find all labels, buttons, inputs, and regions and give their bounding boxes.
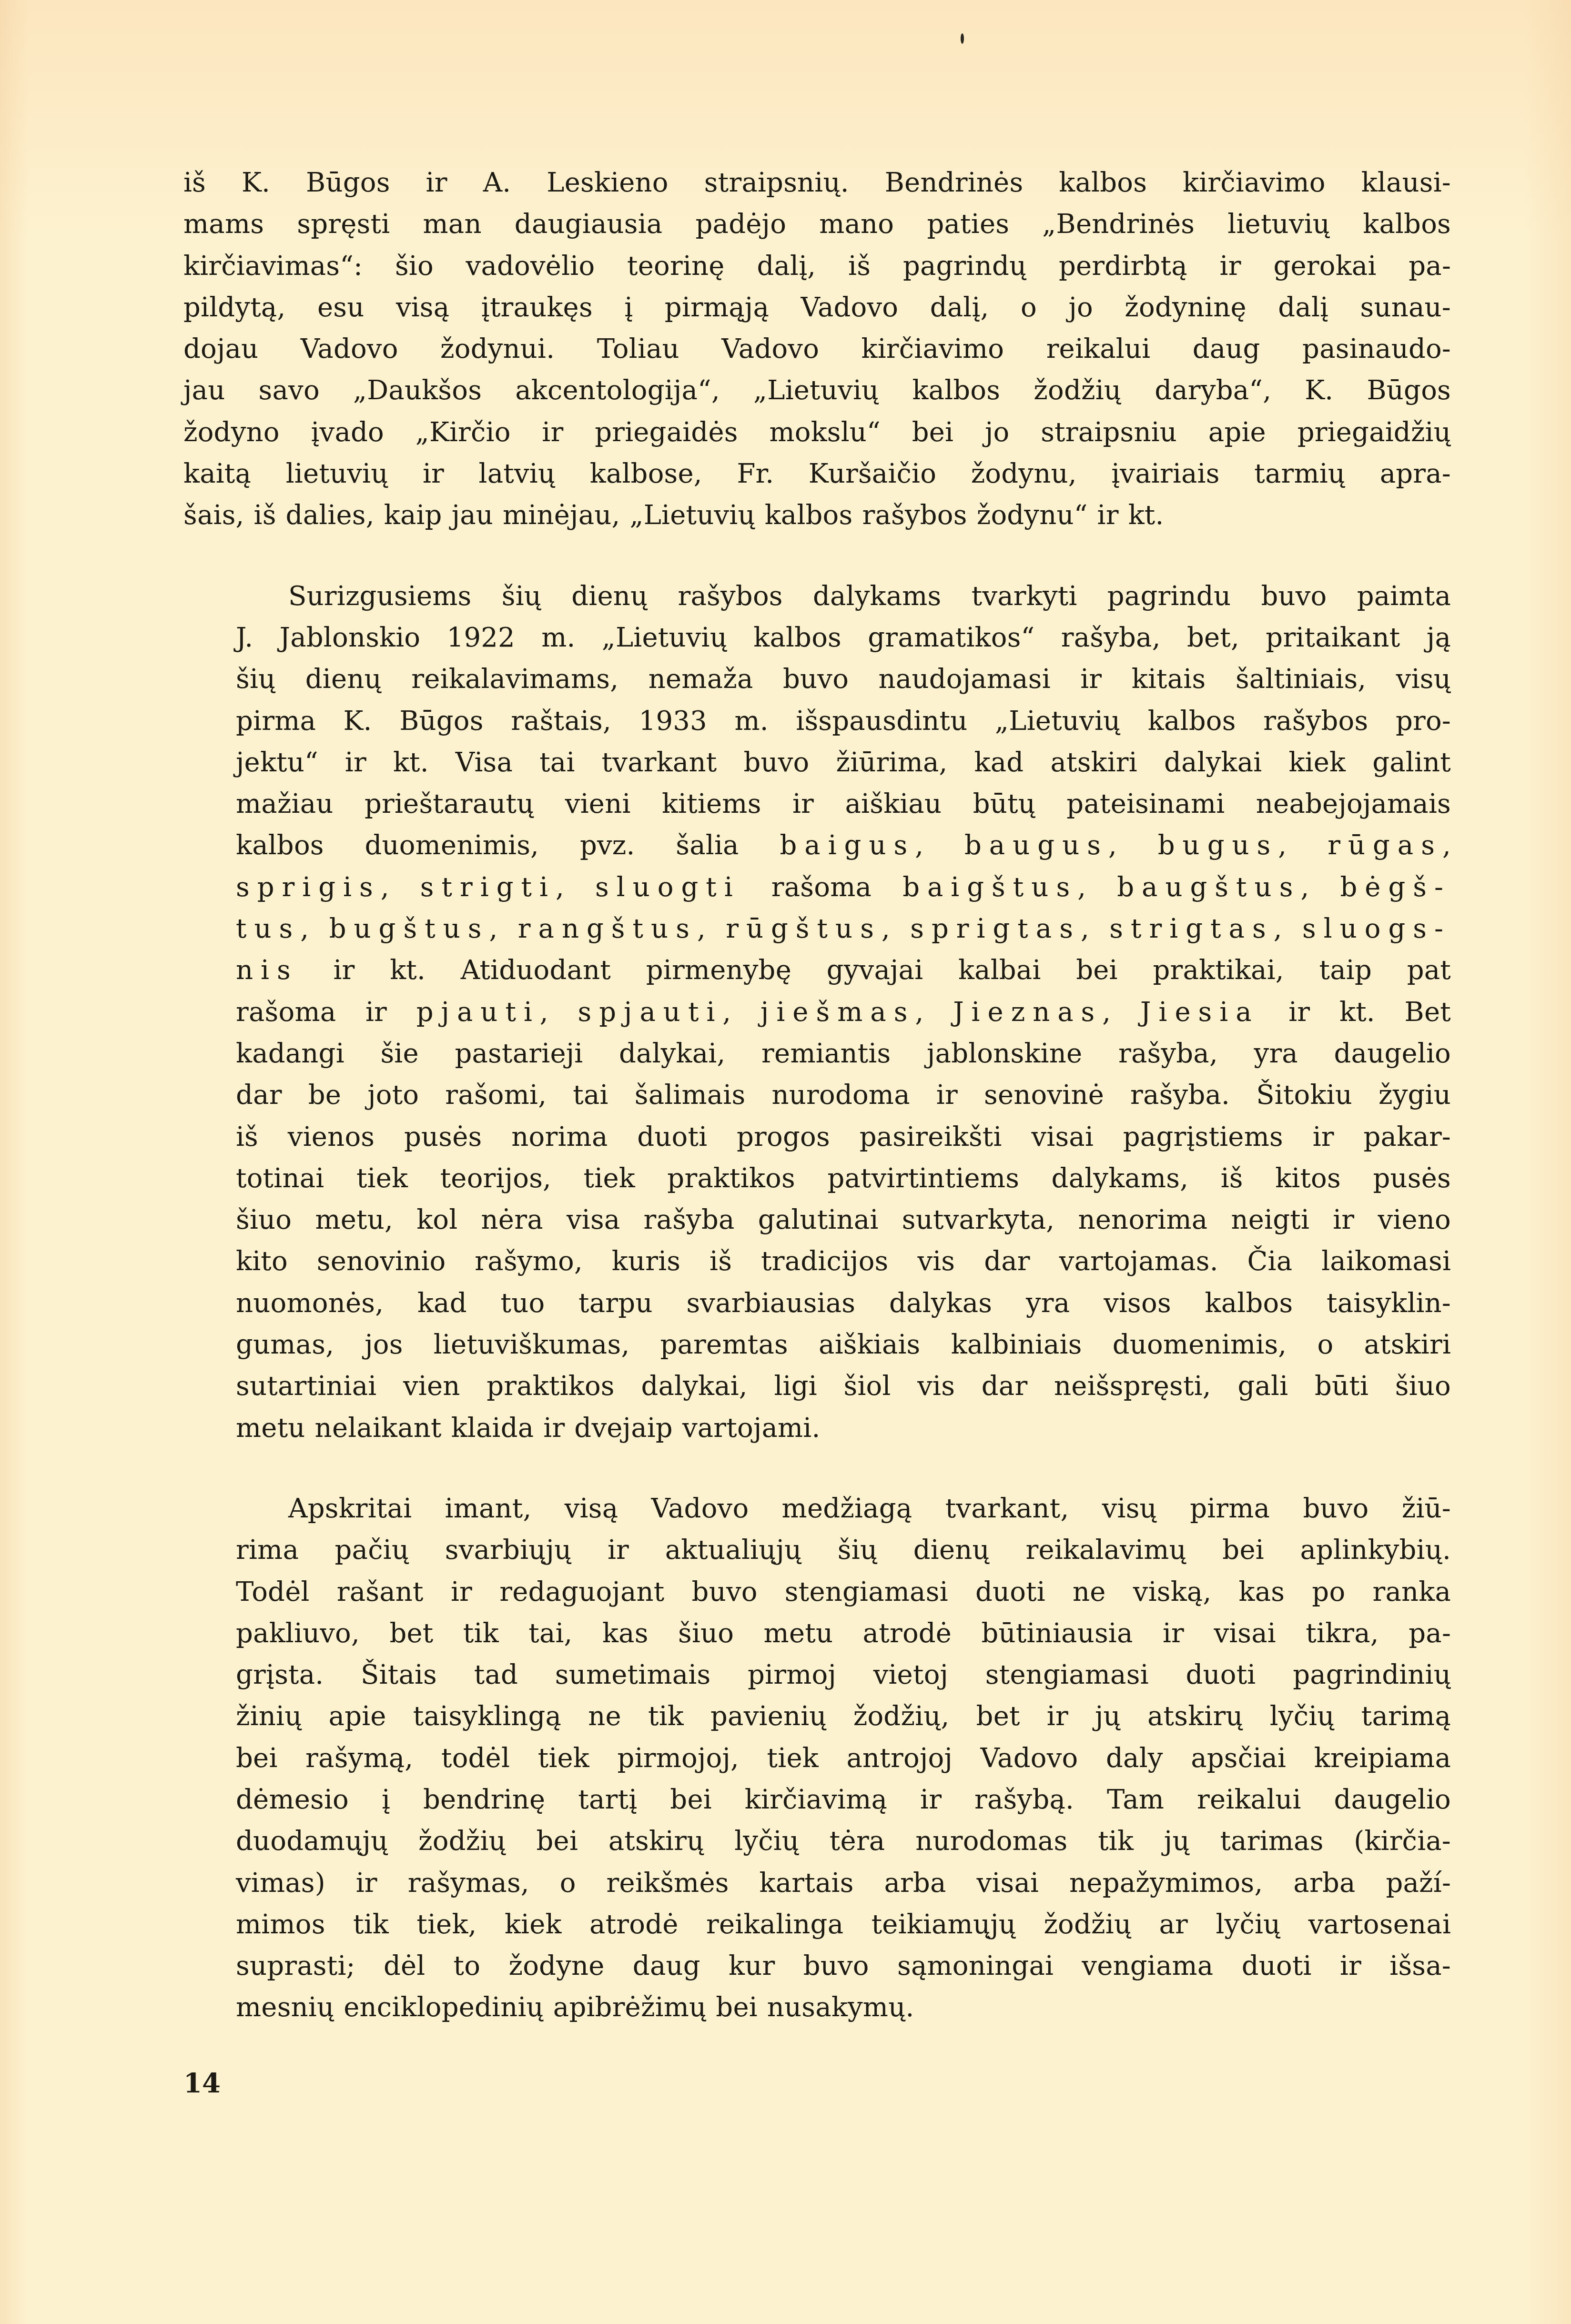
example-word: bugus (1158, 830, 1278, 861)
text-line: Apskritai imant, visą Vadovo medžiagą tv… (183, 1488, 1451, 1529)
text-line: mimos tik tiek, kiek atrodė reikalinga t… (183, 1904, 1451, 1945)
text-line: šiuo metu, kol nėra visa rašyba galutina… (183, 1199, 1451, 1241)
text-line: vimas) ir rašymas, o reikšmės kartais ar… (183, 1862, 1451, 1904)
text-line: pakliuvo, bet tik tai, kas šiuo metu atr… (183, 1613, 1451, 1654)
text-line: metu nelaikant klaida ir dvejaip vartoja… (183, 1407, 1451, 1449)
text-line: totinai tiek teorijos, tiek praktikos pa… (183, 1158, 1451, 1199)
text-line: Surizgusiems šių dienų rašybos dalykams … (183, 576, 1451, 617)
paragraph: iš K. Būgos ir A. Leskieno straipsnių. B… (183, 162, 1451, 536)
example-word: Jiesia (1140, 997, 1259, 1028)
text-line: žinių apie taisyklingą ne tik pavienių ž… (183, 1696, 1451, 1737)
example-word: baugus (964, 830, 1108, 861)
text-line: jektu“ ir kt. Visa tai tvarkant buvo žiū… (183, 742, 1451, 783)
text-line: pirma K. Būgos raštais, 1933 m. išspausd… (183, 700, 1451, 742)
example-word: rūgštus (726, 913, 882, 944)
text-line: tus, bugštus, rangštus, rūgštus, sprigta… (183, 908, 1451, 950)
text-line: suprasti; dėl to žodyne daug kur buvo są… (183, 1945, 1451, 1987)
example-word: rangštus (518, 913, 697, 944)
text-line: sprigis, strigti, sluogti rašoma baigštu… (183, 867, 1451, 908)
example-word: bėgš- (1340, 872, 1451, 903)
text-line: sutartiniai vien praktikos dalykai, ligi… (183, 1365, 1451, 1407)
text-line: dar be joto rašomi, tai šalimais nurodom… (183, 1074, 1451, 1116)
text-line: šais, iš dalies, kaip jau minėjau, „Liet… (183, 495, 1451, 536)
text-line: nuomonės, kad tuo tarpu svarbiausias dal… (183, 1283, 1451, 1324)
text-line: dėmesio į bendrinę tartį bei kirčiavimą … (183, 1779, 1451, 1820)
paper-speck (961, 33, 964, 44)
example-word: Jieznas (953, 997, 1102, 1028)
example-word: strigtas (1109, 913, 1273, 944)
text-line: mesnių enciklopedinių apibrėžimų bei nus… (183, 1987, 1451, 2028)
text-line: J. Jablonskio 1922 m. „Lietuvių kalbos g… (183, 617, 1451, 658)
text-line: kito senovinio rašymo, kuris iš tradicij… (183, 1241, 1451, 1282)
text-line: dojau Vadovo žodynui. Toliau Vadovo kirč… (183, 328, 1451, 370)
example-word: spjauti (578, 997, 723, 1028)
example-word: sprigis (236, 872, 381, 903)
text-line: žodyno įvado „Kirčio ir priegaidės moksl… (183, 412, 1451, 453)
text-line: kaitą lietuvių ir latvių kalbose, Fr. Ku… (183, 453, 1451, 495)
page-number: 14 (183, 2063, 221, 2104)
example-word: pjauti (416, 997, 540, 1028)
text-line: iš vienos pusės norima duoti progos pasi… (183, 1116, 1451, 1158)
example-word: nis (236, 955, 298, 986)
text-line: šių dienų reikalavimams, nemaža buvo nau… (183, 658, 1451, 700)
text-line: bei rašymą, todėl tiek pirmojoj, tiek an… (183, 1738, 1451, 1779)
example-word: tus (236, 913, 300, 944)
example-word: bugštus (329, 913, 489, 944)
example-word: jiešmas (760, 997, 915, 1028)
example-word: baigštus (902, 872, 1077, 903)
example-word: baigus (780, 830, 915, 861)
example-word: baugštus (1117, 872, 1300, 903)
text-line: rašoma ir pjauti, spjauti, jiešmas, Jiez… (183, 991, 1451, 1033)
text-line: mams spręsti man daugiausia padėjo mano … (183, 203, 1451, 245)
text-line: duodamųjų žodžių bei atskirų lyčių tėra … (183, 1820, 1451, 1862)
text-line: mažiau prieštarautų vieni kitiems ir aiš… (183, 783, 1451, 825)
example-word: rūgas (1328, 830, 1442, 861)
example-word: sprigtas (910, 913, 1081, 944)
paragraph: Apskritai imant, visą Vadovo medžiagą tv… (183, 1488, 1451, 2029)
example-word: strigti (420, 872, 556, 903)
text-line: kadangi šie pastarieji dalykai, remianti… (183, 1033, 1451, 1074)
text-line: nis ir kt. Atiduodant pirmenybę gyvajai … (183, 950, 1451, 991)
paragraph: Surizgusiems šių dienų rašybos dalykams … (183, 576, 1451, 1449)
page-body: iš K. Būgos ir A. Leskieno straipsnių. B… (183, 162, 1451, 2029)
text-line: gumas, jos lietuviškumas, paremtas aiški… (183, 1324, 1451, 1365)
example-word: sluogs- (1302, 913, 1451, 944)
text-line: kirčiavimas“: šio vadovėlio teorinę dalį… (183, 245, 1451, 287)
example-word: sluogti (595, 872, 740, 903)
text-line: kalbos duomenimis, pvz. šalia baigus, ba… (183, 825, 1451, 866)
text-line: pildytą, esu visą įtraukęs į pirmąją Vad… (183, 287, 1451, 328)
text-line: Todėl rašant ir redaguojant buvo stengia… (183, 1571, 1451, 1613)
text-line: grįsta. Šitais tad sumetimais pirmoj vie… (183, 1654, 1451, 1696)
text-line: rima pačių svarbiųjų ir aktualiųjų šių d… (183, 1529, 1451, 1571)
text-line: iš K. Būgos ir A. Leskieno straipsnių. B… (183, 162, 1451, 203)
text-line: jau savo „Daukšos akcentologija“, „Lietu… (183, 370, 1451, 411)
